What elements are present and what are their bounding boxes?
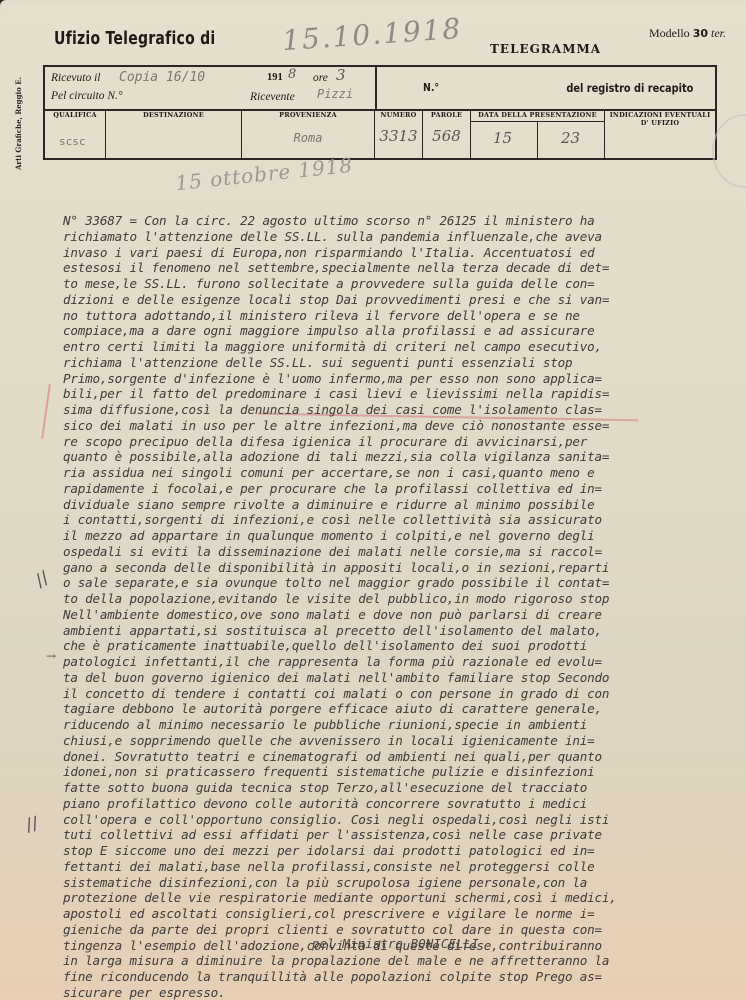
message-line: to mese,le SS.LL. furono sollecitate a p… bbox=[63, 276, 713, 292]
receiver-label: Ricevente bbox=[250, 91, 295, 103]
col-parole: PAROLE 568 bbox=[423, 109, 471, 158]
message-line: richiama l'attenzione delle SS.LL. sui s… bbox=[63, 355, 713, 371]
message-line: tuti collettivi ad essi affidati per l'a… bbox=[63, 827, 713, 843]
message-line: richiamato l'attenzione delle SS.LL. sul… bbox=[63, 229, 713, 245]
year-value: 8 bbox=[288, 67, 296, 82]
message-line: to della popolazione,evitando le visite … bbox=[63, 591, 713, 607]
message-line: o sale separate,e sia ovunque tolto nel … bbox=[63, 575, 713, 591]
message-line: estesosi il fenomeno nel settembre,speci… bbox=[63, 260, 713, 276]
message-line: apostoli ed ascoltati consiglieri,col pr… bbox=[63, 906, 713, 922]
col-header: INDICAZIONI EVENTUALI D' UFIZIO bbox=[605, 109, 715, 127]
col-numero: NUMERO 3313 bbox=[375, 109, 423, 158]
col-header: PROVENIENZA bbox=[242, 109, 374, 119]
message-line: donei. Sovratutto teatri e cinematografi… bbox=[63, 749, 713, 765]
number-label: N.° bbox=[423, 81, 439, 94]
message-line: fettanti dei malati,base nella profilass… bbox=[63, 859, 713, 875]
parole-value: 568 bbox=[423, 127, 470, 145]
message-line: protezione delle vie respiratorie median… bbox=[63, 890, 713, 906]
col-header: PAROLE bbox=[423, 109, 470, 119]
model-number: 30 bbox=[693, 27, 708, 40]
message-line: ta del buon governo igienico dei malati … bbox=[63, 670, 713, 686]
message-line: compiace,ma a dare ogni maggiore impulso… bbox=[63, 323, 713, 339]
message-line: gano a seconda delle disponibilità in ap… bbox=[63, 560, 713, 576]
postal-stamp bbox=[712, 114, 746, 188]
col-header: NUMERO bbox=[375, 109, 422, 119]
reception-section: Ricevuto il Copia 16/10 191 8 ore 3 Pel … bbox=[45, 67, 377, 109]
col-header: QUALIFICA bbox=[45, 109, 105, 119]
message-line: fatte sotto buona guida tecnica stop Ter… bbox=[63, 780, 713, 796]
office-label: Ufizio Telegrafico di bbox=[54, 28, 215, 49]
col-qualifica: QUALIFICA scsc bbox=[45, 109, 106, 158]
message-line: sico dei malati in uso per le altre infe… bbox=[63, 418, 713, 434]
message-line: coll'opera e coll'opportuno consiglio. C… bbox=[63, 812, 713, 828]
message-line: tagiare debbono le autorità porgere effi… bbox=[63, 701, 713, 717]
pencil-mark: // bbox=[23, 813, 40, 836]
message-line: no tuttora adottando,il ministero rileva… bbox=[63, 308, 713, 324]
circuit-label: Pel circuito N.° bbox=[51, 90, 123, 102]
message-line: fine riconducendo la tranquillità alle p… bbox=[63, 969, 713, 985]
col-indicazioni: INDICAZIONI EVENTUALI D' UFIZIO bbox=[605, 109, 715, 158]
col-destinazione: DESTINAZIONE bbox=[106, 109, 242, 158]
message-line: sicurare per espresso. bbox=[63, 985, 713, 1000]
message-line: sistematiche disinfezioni,con la più scr… bbox=[63, 875, 713, 891]
message-line: dividuale siano sempre rivolte a diminui… bbox=[63, 497, 713, 513]
register-label: del registro di recapito bbox=[566, 81, 693, 95]
message-line: patologici infettanti,il che rappresenta… bbox=[63, 654, 713, 670]
sub-divider bbox=[537, 121, 538, 158]
printer-credit: Arti Grafiche, Reggio E. bbox=[14, 77, 23, 170]
year-prefix: 191 bbox=[267, 72, 283, 83]
message-line: in larga misura a diminuire la propalazi… bbox=[63, 953, 713, 969]
handwritten-date-top: 15.10.1918 bbox=[281, 12, 463, 57]
message-line: il mezzo ad appartare in qualunque momen… bbox=[63, 528, 713, 544]
telegram-sheet: Arti Grafiche, Reggio E. Ufizio Telegraf… bbox=[0, 0, 746, 1000]
hour-label: ore bbox=[313, 72, 328, 84]
message-line: idonei,non si praticassero frequenti sis… bbox=[63, 764, 713, 780]
pencil-arrow: → bbox=[46, 649, 56, 663]
message-line: entro certi limiti la maggiore uniformit… bbox=[63, 339, 713, 355]
model-suffix: ter. bbox=[711, 26, 726, 40]
message-line: re scopo precipuo della difesa igienica … bbox=[63, 434, 713, 450]
message-line: piano profilattico devono colle autorità… bbox=[63, 796, 713, 812]
message-line: stop E siccome uno dei mezzi per idolars… bbox=[63, 843, 713, 859]
telegram-message: N° 33687 = Con la circ. 22 agosto ultimo… bbox=[63, 213, 713, 1000]
pencil-mark: // bbox=[32, 567, 53, 591]
message-line: bili,per il fatto del predominare i casi… bbox=[63, 386, 713, 402]
numero-value: 3313 bbox=[375, 127, 422, 145]
message-line: rapidamente i focolai,e per procurare ch… bbox=[63, 481, 713, 497]
received-label: Ricevuto il bbox=[51, 72, 101, 84]
message-line: ambienti appartati,si sostituisca al pre… bbox=[63, 623, 713, 639]
col-header: DATA DELLA PRESENTAZIONE bbox=[471, 109, 604, 119]
message-line: Nell'ambiente domestico,ove sono malati … bbox=[63, 607, 713, 623]
form-columns: QUALIFICA scsc DESTINAZIONE PROVENIENZA … bbox=[45, 109, 715, 158]
red-margin-mark bbox=[41, 384, 51, 439]
message-line: sima diffusione,così la denuncia singola… bbox=[63, 402, 713, 418]
presentation-hour: 23 bbox=[561, 129, 580, 147]
model-label: Modello 30 ter. bbox=[649, 26, 726, 41]
paper: Arti Grafiche, Reggio E. Ufizio Telegraf… bbox=[0, 4, 746, 1000]
message-line: ospedali si eviti la disseminazione dei … bbox=[63, 544, 713, 560]
provenienza-value: Roma bbox=[242, 131, 374, 145]
qualifica-value: scsc bbox=[59, 135, 86, 148]
message-line: invaso i vari paesi di Europa,non rispar… bbox=[63, 245, 713, 261]
model-prefix: Modello bbox=[649, 26, 690, 40]
presentation-day: 15 bbox=[493, 129, 512, 147]
message-line: dizioni e delle esigenze locali stop Dai… bbox=[63, 292, 713, 308]
hour-value: 3 bbox=[336, 66, 346, 84]
message-line: N° 33687 = Con la circ. 22 agosto ultimo… bbox=[63, 213, 713, 229]
signature: pel Ministro BONICELLI bbox=[312, 936, 479, 951]
document-title: TELEGRAMMA bbox=[490, 42, 601, 56]
form-top-row: Ricevuto il Copia 16/10 191 8 ore 3 Pel … bbox=[45, 67, 715, 111]
message-line: chiusi,e sopprimendo quelle che avveniss… bbox=[63, 733, 713, 749]
message-line: riducendo al minimo necessario le pubbli… bbox=[63, 717, 713, 733]
message-line: Primo,sorgente d'infezione è l'uomo infe… bbox=[63, 371, 713, 387]
col-provenienza: PROVENIENZA Roma bbox=[242, 109, 375, 158]
message-line: che è praticamente inattuabile,quello de… bbox=[63, 638, 713, 654]
col-header: DESTINAZIONE bbox=[106, 109, 241, 119]
message-line: ria assidua nei singoli comuni per accer… bbox=[63, 465, 713, 481]
message-line: il concetto di tendere i contatti coi ma… bbox=[63, 686, 713, 702]
received-value: Copia 16/10 bbox=[119, 70, 205, 85]
message-line: quanto è possibile,alla adozione di tali… bbox=[63, 449, 713, 465]
header-form: Ricevuto il Copia 16/10 191 8 ore 3 Pel … bbox=[43, 65, 717, 160]
col-data-presentazione: DATA DELLA PRESENTAZIONE 15 23 bbox=[471, 109, 605, 158]
message-line: i contatti,sorgenti di infezioni,e così … bbox=[63, 512, 713, 528]
receiver-value: Pizzi bbox=[317, 87, 353, 101]
